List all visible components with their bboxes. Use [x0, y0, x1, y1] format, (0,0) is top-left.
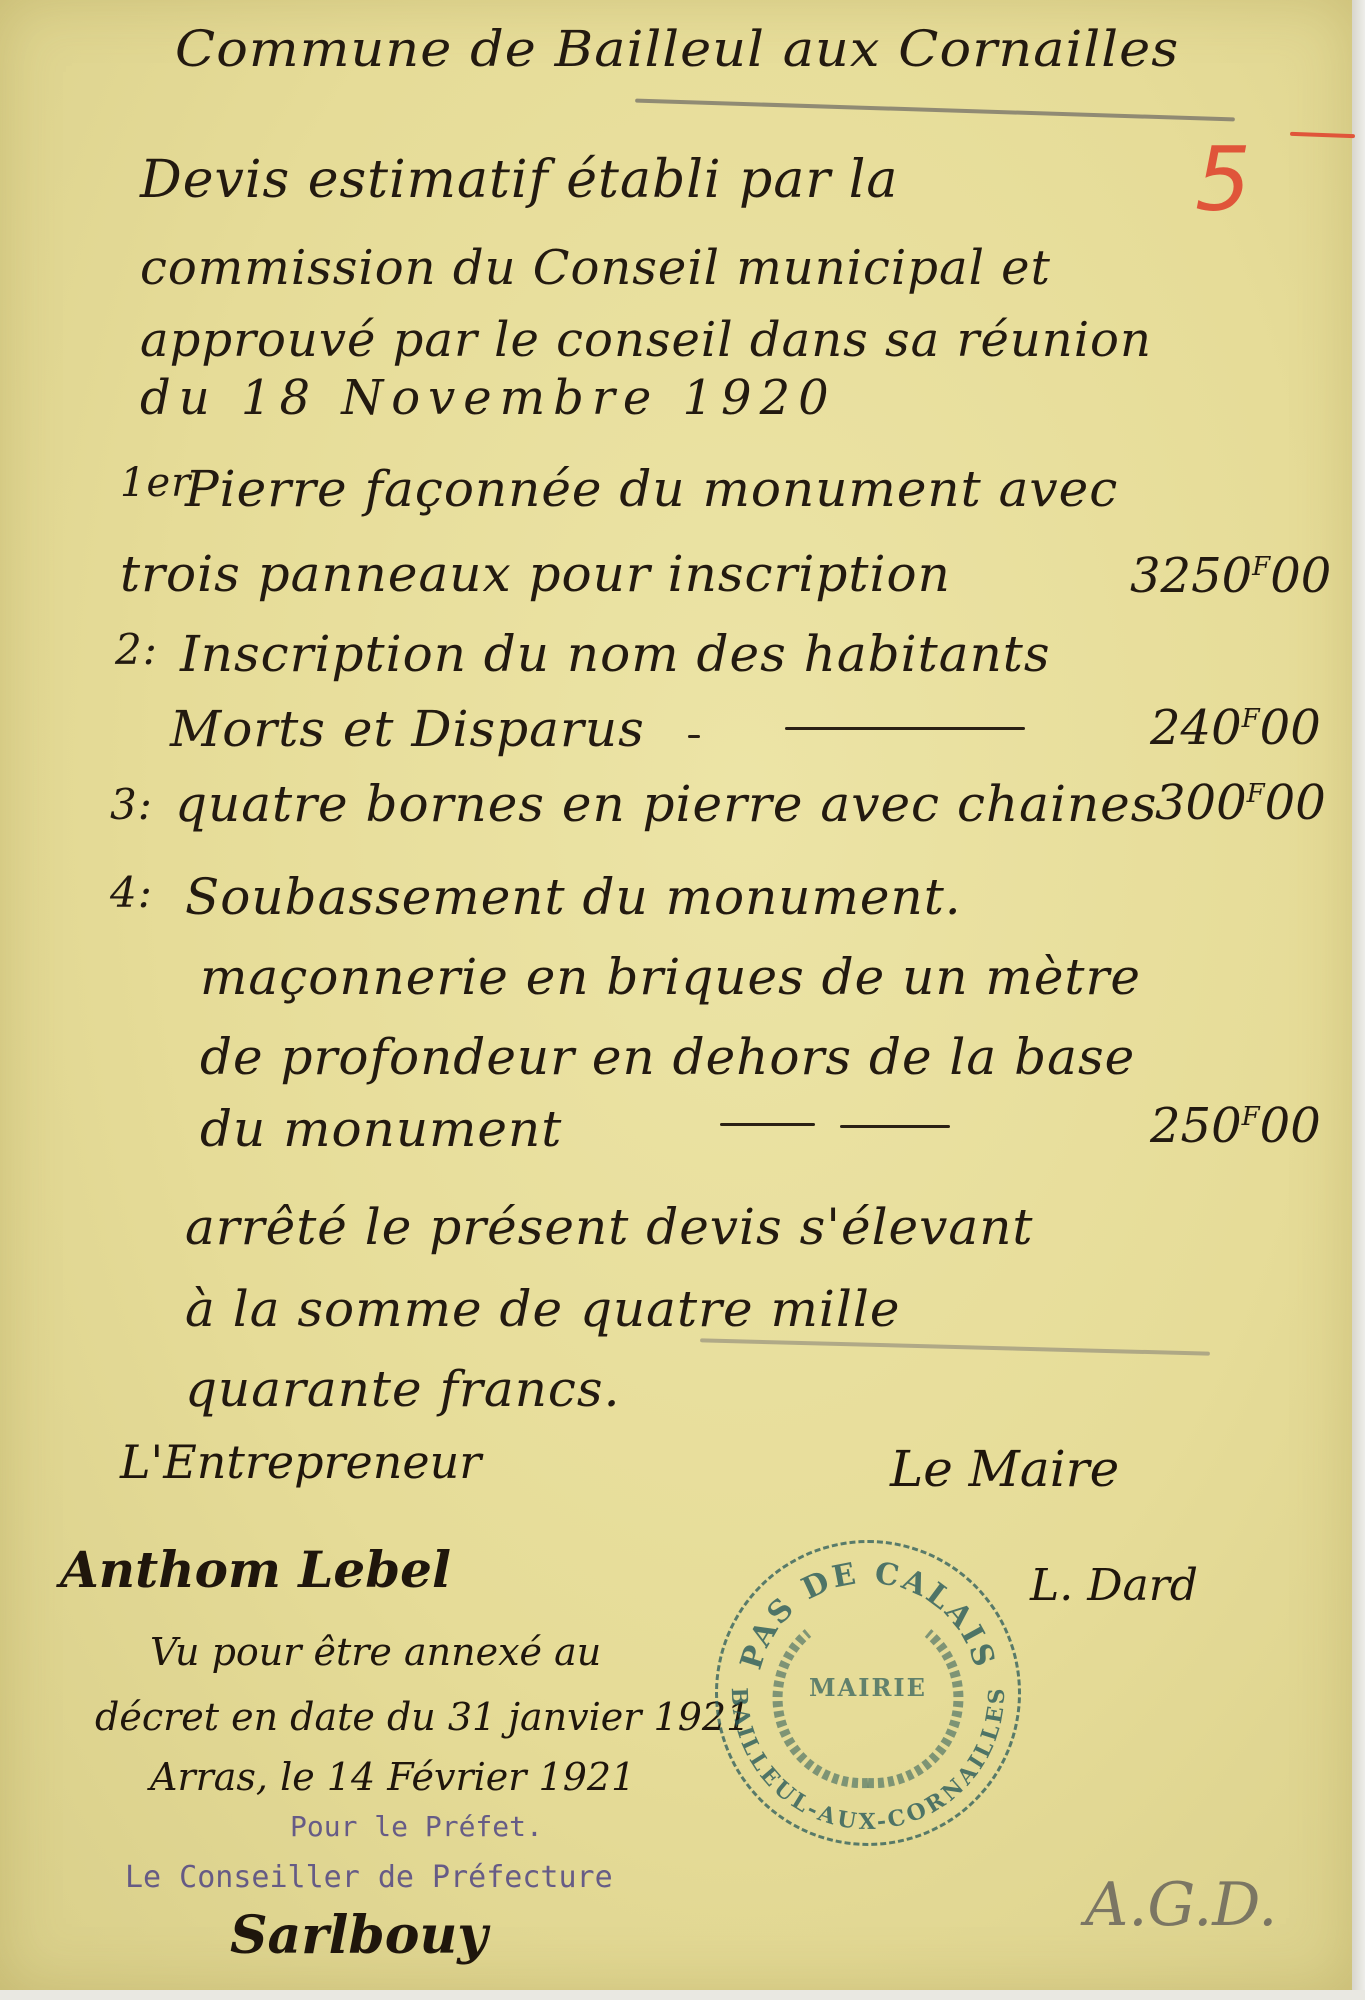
- maire-label: Le Maire: [890, 1440, 1119, 1498]
- entrepreneur-label: L'Entrepreneur: [120, 1435, 481, 1489]
- paper-edge: [1352, 0, 1365, 2000]
- svg-text:BAILLEUL-AUX-CORNAILLES: BAILLEUL-AUX-CORNAILLES: [726, 1687, 1010, 1835]
- commune-header: Commune de Bailleul aux Cornailles: [175, 20, 1179, 78]
- closing-line: arrêté le présent devis s'élevant: [185, 1198, 1034, 1256]
- item-number: 2:: [115, 625, 158, 674]
- stamp-center-text: MAIRIE: [718, 1673, 1018, 1702]
- fill-dash: [720, 1123, 815, 1126]
- pencil-initials: A.G.D.: [1085, 1870, 1277, 1940]
- item-line: quatre bornes en pierre avec chaines: [175, 775, 1157, 833]
- annex-note-line: Arras, le 14 Février 1921: [150, 1755, 635, 1799]
- title-line: approuvé par le conseil dans sa réunion: [140, 312, 1152, 368]
- paper-edge: [0, 1990, 1365, 2000]
- item-amount: 300F00: [1155, 775, 1326, 831]
- item-line: maçonnerie en briques de un mètre: [200, 948, 1141, 1006]
- item-line: du monument: [200, 1100, 562, 1158]
- closing-line: à la somme de quatre mille: [185, 1280, 900, 1338]
- title-line: du 18 Novembre 1920: [140, 370, 837, 426]
- item-amount: 250F00: [1150, 1098, 1321, 1154]
- item-line: Soubassement du monument.: [185, 868, 962, 926]
- annex-note-line: Vu pour être annexé au: [150, 1630, 601, 1674]
- entrepreneur-signature: Anthom Lebel: [60, 1540, 451, 1599]
- fill-dash: [840, 1125, 950, 1128]
- item-line: trois panneaux pour inscription: [120, 545, 951, 603]
- page-number: 5: [1195, 128, 1251, 231]
- closing-line: quarante francs.: [185, 1360, 620, 1418]
- item-line: de profondeur en dehors de la base: [200, 1028, 1135, 1086]
- item-amount: 240F00: [1150, 700, 1321, 756]
- annex-note-line: décret en date du 31 janvier 1921: [95, 1695, 750, 1739]
- fill-dash: [785, 727, 1025, 730]
- prefecture-signature: Sarlbouy: [230, 1905, 487, 1966]
- maire-signature: L. Dard: [1030, 1560, 1198, 1611]
- prefet-stamp-line: Le Conseiller de Préfecture: [125, 1860, 613, 1895]
- prefet-stamp-line: Pour le Préfet.: [290, 1810, 543, 1843]
- svg-text:PAS DE CALAIS: PAS DE CALAIS: [734, 1556, 1002, 1674]
- item-number: 4:: [110, 868, 153, 917]
- item-line: Morts et Disparus: [170, 700, 645, 758]
- item-number: 3:: [110, 780, 153, 829]
- title-line: commission du Conseil municipal et: [140, 240, 1051, 296]
- item-line: Inscription du nom des habitants: [180, 625, 1051, 683]
- title-line: Devis estimatif établi par la: [140, 150, 898, 210]
- item-line: Pierre façonnée du monument avec: [185, 460, 1118, 518]
- item-amount: 3250F00: [1130, 548, 1331, 604]
- fill-dash: [688, 735, 700, 738]
- mairie-stamp: PAS DE CALAIS BAILLEUL-AUX-CORNAILLES MA…: [715, 1540, 1021, 1846]
- item-number: 1er: [120, 460, 191, 506]
